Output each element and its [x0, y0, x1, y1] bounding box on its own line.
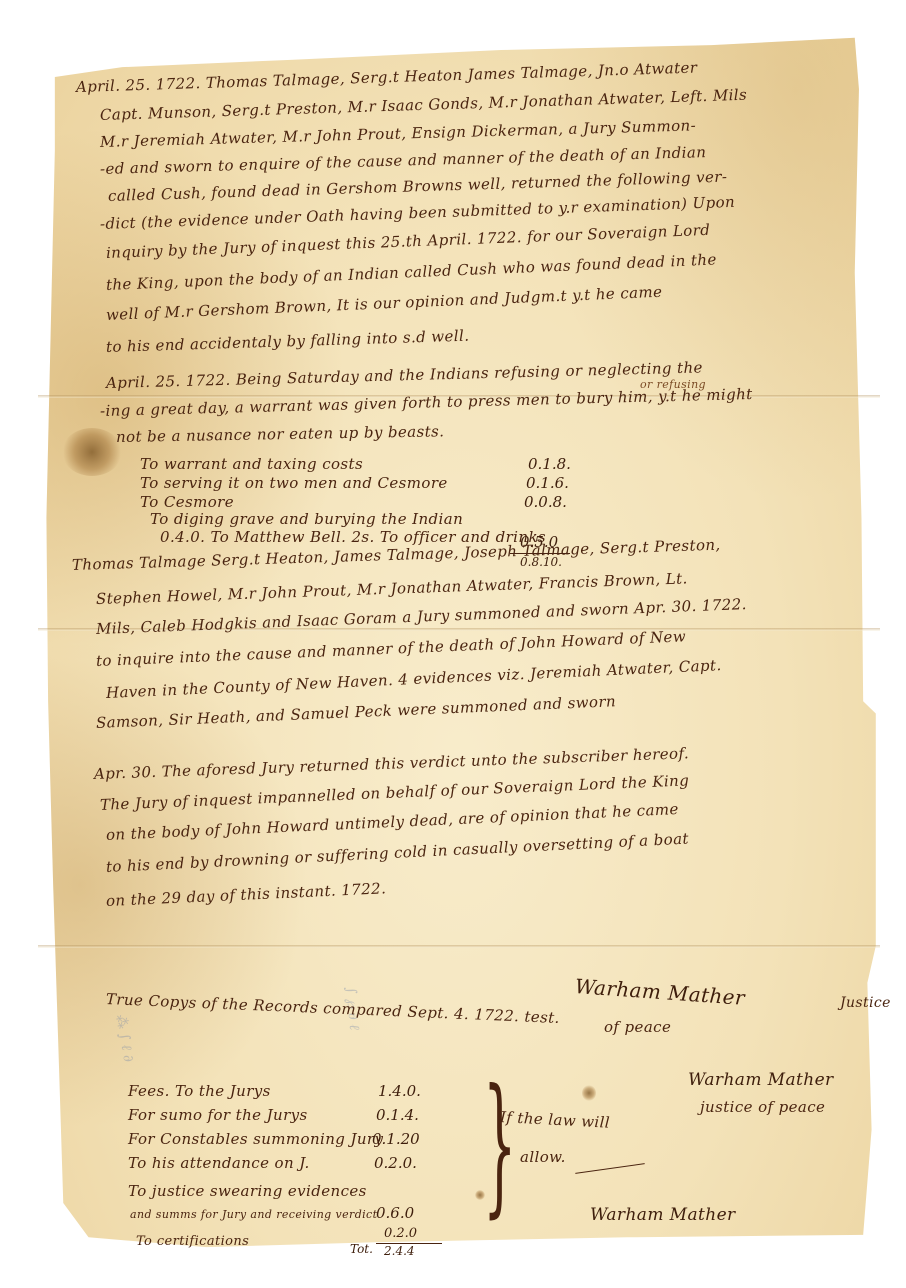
fee-item-amount: 0.1.4.	[376, 1106, 419, 1124]
cost-item-amount: 0.1.8.	[528, 455, 571, 473]
signature-title: Justice	[840, 995, 891, 1011]
ink-stain	[62, 428, 122, 476]
signature-warham-mather: Warham Mather	[688, 1070, 834, 1090]
fee-item-amount: 0.6.0	[376, 1204, 414, 1222]
brace-mark: }	[483, 1070, 516, 1220]
fee-item-label: For Constables summoning Jury	[128, 1130, 383, 1148]
fee-item-label: To certifications	[136, 1234, 249, 1249]
cost-item-label: To serving it on two men and Cesmore	[140, 474, 448, 492]
ink-spot	[582, 1085, 596, 1101]
certification-of-peace: of peace	[604, 1018, 671, 1036]
cost-item-label: To warrant and taxing costs	[140, 455, 363, 473]
allowance-line: allow.	[520, 1148, 566, 1166]
fee-item-label: To justice swearing evidences	[128, 1182, 367, 1200]
fee-item-label: and summs for Jury and receiving verdict	[130, 1208, 377, 1221]
cost-item-label: To Cesmore	[140, 493, 234, 511]
fee-item-label: Fees. To the Jurys	[128, 1082, 271, 1100]
fee-total-label: Tot.	[350, 1242, 373, 1256]
fee-item-amount: 0.1.20	[372, 1130, 420, 1148]
fee-item-label: To his attendance on J.	[128, 1154, 310, 1172]
cost-item-label: To diging grave and burying the Indian	[150, 510, 463, 528]
paper-fold-line	[38, 945, 880, 948]
fee-item-label: For sumo for the Jurys	[128, 1106, 308, 1124]
cost-item-amount: 0.0.8.	[524, 493, 567, 511]
fee-item-amount: 0.2.0.	[374, 1154, 417, 1172]
signature-title: justice of peace	[700, 1098, 825, 1116]
fee-item-amount: 0.2.0	[384, 1226, 417, 1241]
signature-warham-mather: Warham Mather	[590, 1205, 736, 1225]
cost-item-amount: 0.1.6.	[526, 474, 569, 492]
fee-item-amount: 1.4.0.	[378, 1082, 421, 1100]
fee-total: 2.4.4	[384, 1244, 415, 1258]
